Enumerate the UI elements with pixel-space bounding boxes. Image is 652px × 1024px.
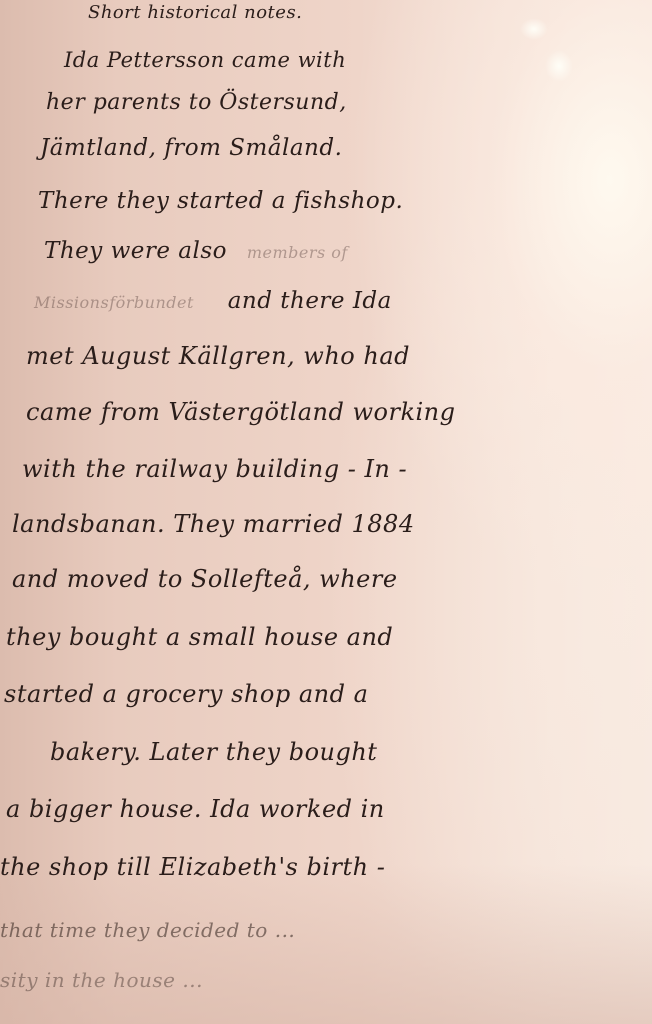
line-text: met August Källgren, who had: [26, 342, 410, 370]
line-text: her parents to Östersund,: [46, 90, 347, 115]
text-line: the shop till Elizabeth's birth -: [0, 853, 385, 881]
text-line: they bought a small house and: [6, 623, 393, 651]
handwritten-text: Short historical notes. Ida Pettersson c…: [0, 0, 652, 1024]
line-text: the shop till Elizabeth's birth -: [0, 853, 385, 881]
line-text: sity in the house ...: [0, 968, 203, 992]
text-line: Jämtland, from Småland.: [40, 135, 342, 161]
text-line: Missionsförbundet and there Ida: [34, 288, 392, 314]
line-text: they bought a small house and: [6, 623, 393, 651]
line-text: landsbanan. They married 1884: [12, 510, 415, 538]
line-text: They were also: [44, 238, 227, 264]
text-line: started a grocery shop and a: [4, 680, 368, 708]
text-line: They were also members of: [44, 238, 348, 264]
line-text: Ida Pettersson came with: [64, 48, 346, 72]
line-text: Jämtland, from Småland.: [40, 135, 342, 161]
line-text: and there Ida: [228, 288, 392, 314]
line-text: and moved to Sollefteå, where: [12, 565, 398, 593]
line-text: with the railway building - In -: [22, 455, 407, 483]
text-line: came from Västergötland working: [26, 398, 456, 426]
faded-text: members of: [247, 243, 348, 262]
faded-line: sity in the house ...: [0, 968, 203, 992]
text-line: with the railway building - In -: [22, 455, 407, 483]
text-line: and moved to Sollefteå, where: [12, 565, 398, 593]
text-line: met August Källgren, who had: [26, 342, 410, 370]
line-text: came from Västergötland working: [26, 398, 456, 426]
line-text: a bigger house. Ida worked in: [6, 795, 385, 823]
line-text: Short historical notes.: [88, 2, 302, 23]
line-text: that time they decided to ...: [0, 918, 295, 942]
line-text: There they started a fishshop.: [38, 188, 403, 214]
text-line: bakery. Later they bought: [50, 738, 377, 766]
line-text: started a grocery shop and a: [4, 680, 368, 708]
text-line: Ida Pettersson came with: [64, 48, 346, 72]
text-line: a bigger house. Ida worked in: [6, 795, 385, 823]
faded-line: that time they decided to ...: [0, 918, 295, 942]
title-line: Short historical notes.: [88, 2, 302, 23]
text-line: her parents to Östersund,: [46, 90, 347, 115]
line-text: bakery. Later they bought: [50, 738, 377, 766]
faded-text: Missionsförbundet: [34, 293, 194, 312]
text-line: landsbanan. They married 1884: [12, 510, 415, 538]
text-line: There they started a fishshop.: [38, 188, 403, 214]
